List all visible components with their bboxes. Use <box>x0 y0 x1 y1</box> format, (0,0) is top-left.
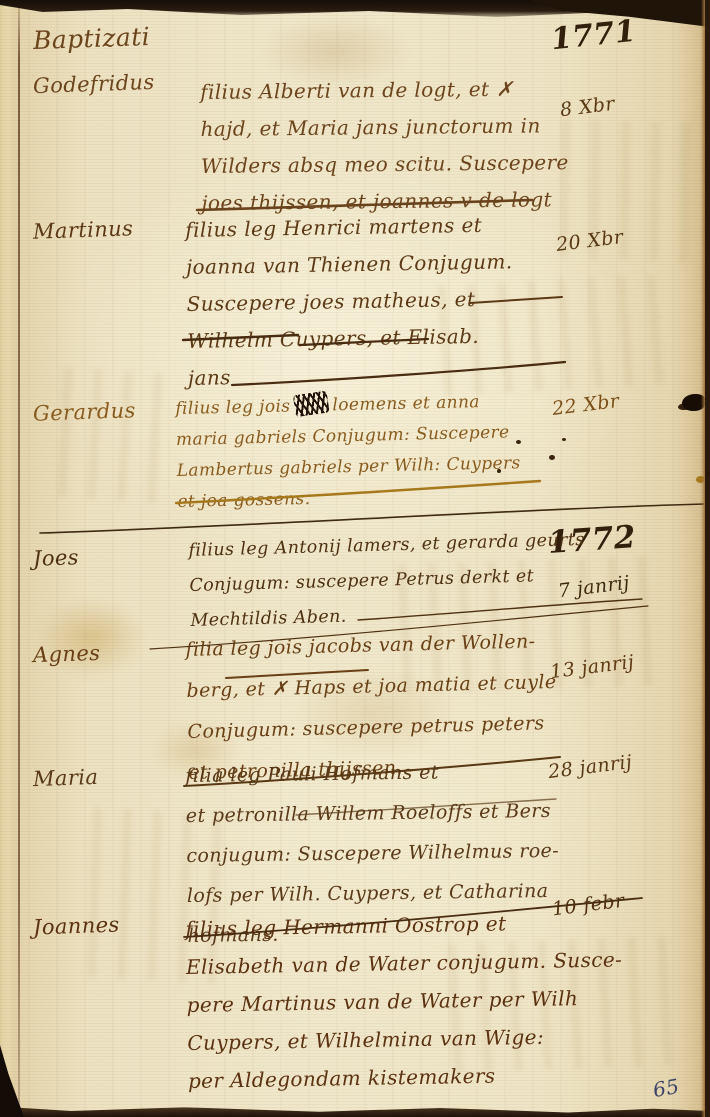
manuscript-page: Baptizati 1771 Godefridus 8 Xbr filius A… <box>0 0 710 1117</box>
ink-speck <box>562 438 566 441</box>
entry-text: filius leg Hermanni Oostrop et Elisabeth… <box>185 902 625 1100</box>
entry-line: filia leg Pauli Hofmans et <box>185 751 558 796</box>
entry-line: joanna van Thienen Conjugum. <box>186 243 513 286</box>
child-name: Joes <box>33 545 80 571</box>
entry-text: filius leg joisloemens et anna maria gab… <box>175 386 522 518</box>
entry-line: conjugum: Suscepere Wilhelmus roe- <box>186 831 559 876</box>
verso-showthrough <box>36 366 175 505</box>
entry-line: hajd, et Maria jans junctorum in <box>200 107 568 148</box>
entry-line-part: filius leg jois <box>175 396 291 419</box>
entry-line: pere Martinus van de Water per Wilh <box>186 978 623 1024</box>
entry-date: 20 Xbr <box>555 226 625 256</box>
ink-speck <box>516 440 521 444</box>
entry-line: filius Alberti van de logt, et ✗ <box>200 70 568 111</box>
entry-date: 28 janrij <box>547 751 633 783</box>
inked-out-word <box>293 391 330 418</box>
book-bottom-edge <box>0 1102 710 1117</box>
entry-line: Suscepere joes matheus, et <box>186 280 513 323</box>
ink-speck <box>497 469 501 473</box>
page-heading: Baptizati <box>33 22 151 55</box>
entry-line: et petronilla Willem Roeloffs et Bers <box>186 791 559 836</box>
book-right-edge <box>705 0 710 1117</box>
entry-text: filius Alberti van de logt, et ✗ hajd, e… <box>200 70 569 222</box>
entry-line-part: loemens et anna <box>332 392 480 415</box>
child-name: Maria <box>33 765 99 791</box>
child-name: Martinus <box>33 216 134 243</box>
page-number: 65 <box>651 1074 681 1102</box>
entry-line: per Aldegondam kistemakers <box>188 1054 625 1100</box>
entry-line: filius leg Henrici martens et <box>185 206 512 249</box>
page-left-margin-edge <box>0 0 16 1117</box>
entry-date: 22 Xbr <box>551 390 621 420</box>
entry-line: Wilders absq meo scitu. Suscepere <box>201 144 569 185</box>
entry-date: 13 janrij <box>549 651 635 683</box>
child-name: Godefridus <box>33 70 155 98</box>
child-name: Agnes <box>33 641 101 667</box>
entry-line: Wilhelm Cuypers, et Elisab. <box>187 317 514 360</box>
page-fold-line <box>18 0 20 1117</box>
entry-line: et joa gossens. <box>177 479 522 518</box>
year-1771: 1771 <box>549 14 637 58</box>
child-name: Gerardus <box>33 398 137 426</box>
entry-text: filius leg Henrici martens et joanna van… <box>185 206 515 397</box>
child-name: Joannes <box>33 912 120 939</box>
ink-speck <box>549 455 555 460</box>
